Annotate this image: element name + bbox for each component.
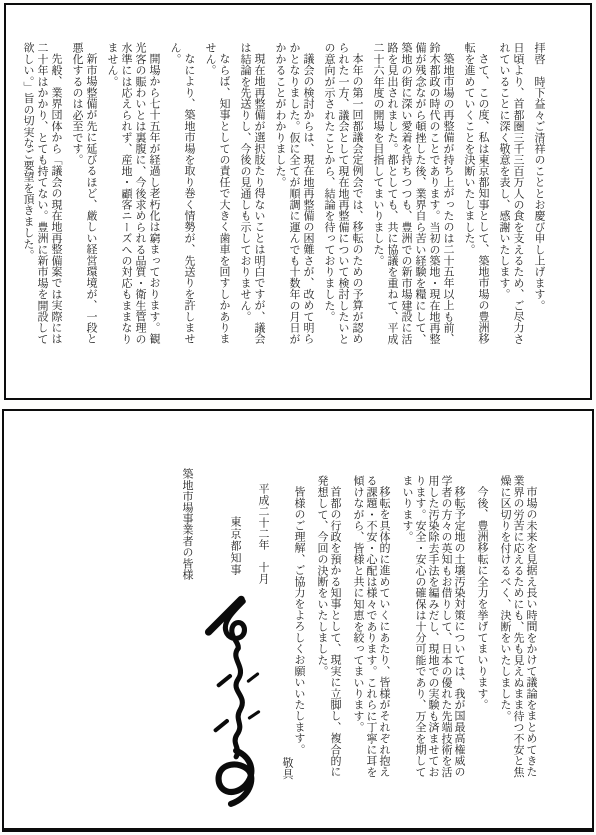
paragraph: 開場から七十五年が経過し老朽化は窮まっております。観光客の賑わいとは裏腹に、今後… <box>105 42 161 352</box>
paragraph: 移転を具体的に進めていくにあたり、皆様がそれぞれ抱える課題・不安・心配は様々であ… <box>352 475 391 785</box>
page2-body-text: 市場の未来を見据え長い時間をかけて議論をまとめてきた業界の労苦に応えるためにも、… <box>283 475 538 785</box>
signer-title: 東京都知事 <box>228 516 242 576</box>
paragraph: 皆様のご理解、ご協力をよろしくお願いいたします。 <box>293 475 306 785</box>
paragraph: 現在地再整備が選択肢たり得ないことは明白ですが、議会は結論を先送りし、今後の見通… <box>238 42 266 352</box>
paragraph: 首都の行政を預かる知事として、現実に立脚し、複合的に発想して、今回の決断をいたし… <box>316 475 342 785</box>
paragraph: 拝啓 時下益々ご清祥のこととお慶び申し上げます。 <box>532 42 546 352</box>
page1-body-text: 拝啓 時下益々ご清祥のこととお慶び申し上げます。日頃より、首都圏三千三百万人の食… <box>14 42 546 352</box>
paragraph: 議会の検討からは、現在地再整備の困難さが、改めて明らかとなりました。仮に全てが順… <box>273 42 315 352</box>
paragraph: なにより、築地市場を取り巻く情勢が、先送りを許しません。 <box>168 42 196 352</box>
paragraph: 先般、業界団体から「議会の現在地再整備案では実際には二十年はかかり、とても持てな… <box>21 42 63 352</box>
paragraph: 日頃より、首都圏三千三百万人の食を支えるため、ご尽力されていることに深く敬意を表… <box>497 42 525 352</box>
paragraph: 新市場整備が先に延びるほど、厳しい経営環境が、一段と悪化するのは必至です。 <box>70 42 98 352</box>
addressee: 築地市場事業者の皆様 <box>180 468 194 580</box>
paragraph: 本年の第一回都議会定例会では、移転のための予算が認められた一方、議会として現在地… <box>322 42 364 352</box>
governor-signature-handwriting <box>198 585 264 810</box>
paragraph: ならば、知事としての責任で大きく歯車を回すしかありません。 <box>203 42 231 352</box>
paragraph: さて、この度、私は東京都知事として、築地市場の豊洲移転を進めていくことを決断いた… <box>462 42 490 352</box>
date-line: 平成二十二年 十月 <box>256 483 270 584</box>
paragraph: 今後、豊洲移転に全力を挙げてまいります。 <box>476 475 489 785</box>
closing-salutation: 敬具 <box>280 757 294 779</box>
paragraph: 市場の未来を見据え長い時間をかけて議論をまとめてきた業界の労苦に応えるためにも、… <box>499 475 538 785</box>
letter-page-2: 市場の未来を見据え長い時間をかけて議論をまとめてきた業界の労苦に応えるためにも、… <box>2 409 594 832</box>
letter-page-1: 拝啓 時下益々ご清祥のこととお慶び申し上げます。日頃より、首都圏三千三百万人の食… <box>4 3 592 400</box>
paragraph: 移転予定地の土壌汚染対策については、我が国最高権威の学者の方々の英知もお借りして… <box>401 475 466 785</box>
paragraph: 築地市場の再整備が持ち上がったのは二十五年以上も前、鈴木都政の時代のことでありま… <box>371 42 455 352</box>
letter-scan: 拝啓 時下益々ご清祥のこととお慶び申し上げます。日頃より、首都圏三千三百万人の食… <box>0 0 596 835</box>
